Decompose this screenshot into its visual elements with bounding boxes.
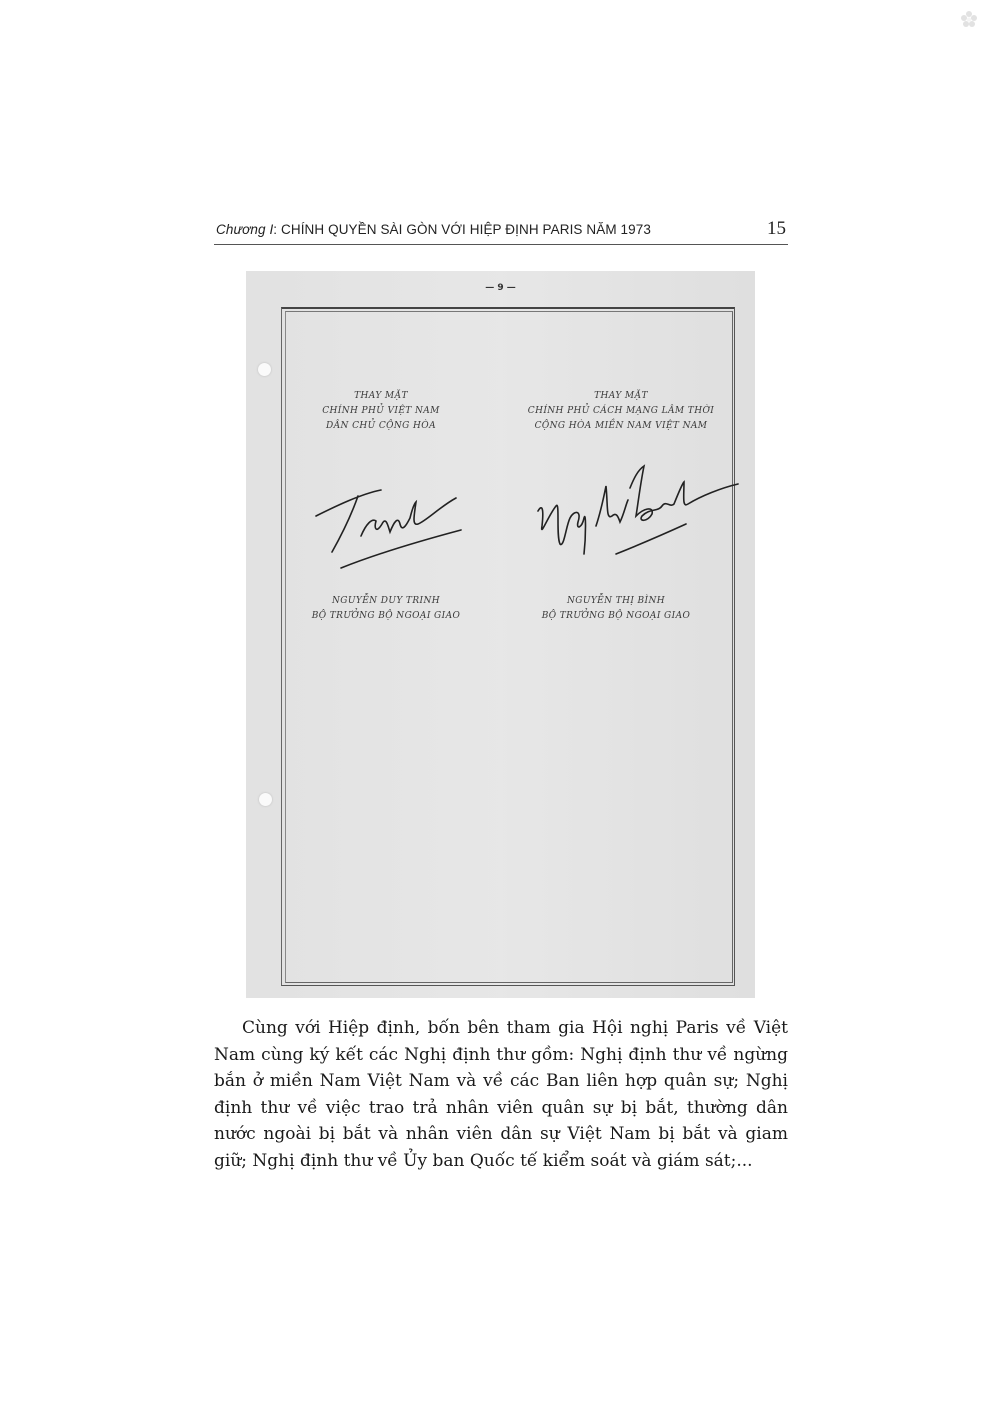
chapter-heading: Chương I: CHÍNH QUYỀN SÀI GÒN VỚI HIỆP Đ…: [216, 222, 651, 237]
signatory-title: BỘ TRƯỞNG BỘ NGOẠI GIAO: [516, 609, 716, 624]
signatory-name: NGUYỄN THỊ BÌNH: [516, 594, 716, 609]
right-signatory-caption: NGUYỄN THỊ BÌNH BỘ TRƯỞNG BỘ NGOẠI GIAO: [516, 594, 716, 624]
body-paragraph: Cùng với Hiệp định, bốn bên tham gia Hội…: [214, 1015, 788, 1174]
heading-line: THAY MẶT: [286, 389, 476, 404]
running-header: Chương I: CHÍNH QUYỀN SÀI GÒN VỚI HIỆP Đ…: [214, 218, 788, 245]
punch-hole: [258, 363, 271, 376]
heading-line: CHÍNH PHỦ CÁCH MẠNG LÂM THỜI: [511, 404, 731, 419]
left-signatory-caption: NGUYỄN DUY TRINH BỘ TRƯỞNG BỘ NGOẠI GIAO: [286, 594, 486, 624]
signatory-title: BỘ TRƯỞNG BỘ NGOẠI GIAO: [286, 609, 486, 624]
document-page-marker: — 9 —: [246, 283, 755, 293]
heading-line: CỘNG HÒA MIỀN NAM VIỆT NAM: [511, 419, 731, 434]
signature-trinh: [306, 466, 486, 576]
flower-watermark-icon: [960, 10, 978, 28]
heading-line: DÂN CHỦ CỘNG HÒA: [286, 419, 476, 434]
heading-line: CHÍNH PHỦ VIỆT NAM: [286, 404, 476, 419]
page-number: 15: [767, 218, 786, 240]
heading-line: THAY MẶT: [511, 389, 731, 404]
left-signatory-heading: THAY MẶT CHÍNH PHỦ VIỆT NAM DÂN CHỦ CỘNG…: [286, 389, 476, 434]
scanned-document-image: — 9 — THAY MẶT CHÍNH PHỦ VIỆT NAM DÂN CH…: [246, 271, 755, 998]
punch-hole: [259, 793, 272, 806]
signatory-name: NGUYỄN DUY TRINH: [286, 594, 486, 609]
chapter-label: Chương I: [216, 222, 273, 237]
chapter-title: : CHÍNH QUYỀN SÀI GÒN VỚI HIỆP ĐỊNH PARI…: [273, 222, 651, 237]
signature-nguyen-thi-binh: [526, 456, 741, 561]
right-signatory-heading: THAY MẶT CHÍNH PHỦ CÁCH MẠNG LÂM THỜI CỘ…: [511, 389, 731, 434]
